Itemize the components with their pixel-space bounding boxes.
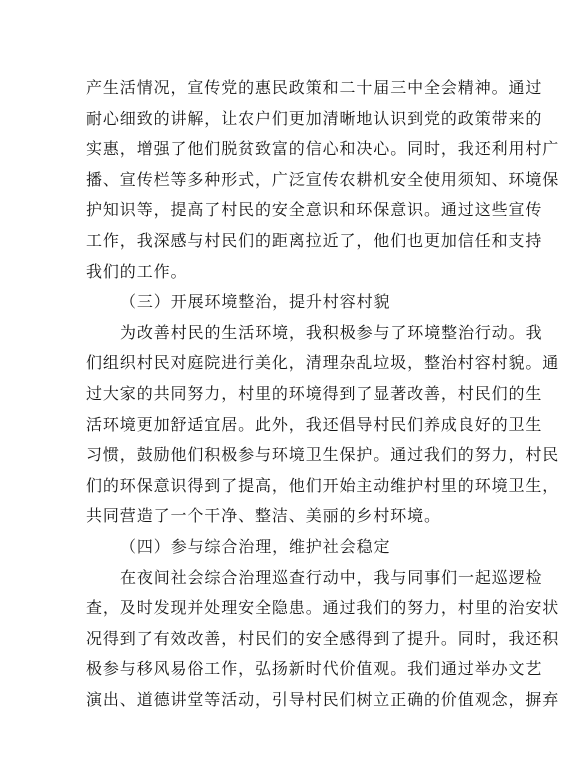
text-line: 耐心细致的讲解，让农户们更加清晰地认识到党的政策带来的 — [86, 104, 502, 135]
text-line: 产生活情况，宣传党的惠民政策和二十届三中全会精神。通过 — [86, 73, 502, 104]
text-line: 护知识等，提高了村民的安全意识和环保意识。通过这些宣传 — [86, 195, 502, 226]
text-line: 共同营造了一个干净、整洁、美丽的乡村环境。 — [86, 501, 502, 532]
document-body: 产生活情况，宣传党的惠民政策和二十届三中全会精神。通过 耐心细致的讲解，让农户们… — [86, 73, 502, 715]
text-line: 为改善村民的生活环境，我积极参与了环境整治行动。我 — [86, 318, 502, 349]
heading-section-3: （三）开展环境整治，提升村容村貌 — [86, 287, 502, 318]
text-line: 活环境更加舒适宜居。此外，我还倡导村民们养成良好的卫生 — [86, 410, 502, 441]
text-line: 播、宣传栏等多种形式，广泛宣传农耕机安全使用须知、环境保 — [86, 165, 502, 196]
text-line: 过大家的共同努力，村里的环境得到了显著改善，村民们的生 — [86, 379, 502, 410]
paragraph-environment-improvement: 为改善村民的生活环境，我积极参与了环境整治行动。我 们组织村民对庭院进行美化，清… — [86, 318, 502, 532]
heading-section-4: （四）参与综合治理，维护社会稳定 — [86, 532, 502, 563]
text-line: 极参与移风易俗工作，弘扬新时代价值观。我们通过举办文艺 — [86, 654, 502, 685]
text-line: 们的环保意识得到了提高，他们开始主动维护村里的环境卫生， — [86, 471, 502, 502]
paragraph-publicity-work: 产生活情况，宣传党的惠民政策和二十届三中全会精神。通过 耐心细致的讲解，让农户们… — [86, 73, 502, 287]
text-line: 演出、道德讲堂等活动，引导村民们树立正确的价值观念，摒弃 — [86, 685, 502, 716]
document-page: 产生活情况，宣传党的惠民政策和二十届三中全会精神。通过 耐心细致的讲解，让农户们… — [0, 0, 586, 759]
text-line: 我们的工作。 — [86, 257, 502, 288]
text-line: 工作，我深感与村民们的距离拉近了，他们也更加信任和支持 — [86, 226, 502, 257]
paragraph-comprehensive-governance: 在夜间社会综合治理巡查行动中，我与同事们一起巡逻检 查，及时发现并处理安全隐患。… — [86, 563, 502, 716]
text-line: 况得到了有效改善，村民们的安全感得到了提升。同时，我还积 — [86, 624, 502, 655]
text-line: 习惯，鼓励他们积极参与环境卫生保护。通过我们的努力，村民 — [86, 440, 502, 471]
text-line: 查，及时发现并处理安全隐患。通过我们的努力，村里的治安状 — [86, 593, 502, 624]
text-line: 实惠，增强了他们脱贫致富的信心和决心。同时，我还利用村广 — [86, 134, 502, 165]
text-line: 在夜间社会综合治理巡查行动中，我与同事们一起巡逻检 — [86, 563, 502, 594]
text-line: 们组织村民对庭院进行美化，清理杂乱垃圾，整治村容村貌。通 — [86, 348, 502, 379]
